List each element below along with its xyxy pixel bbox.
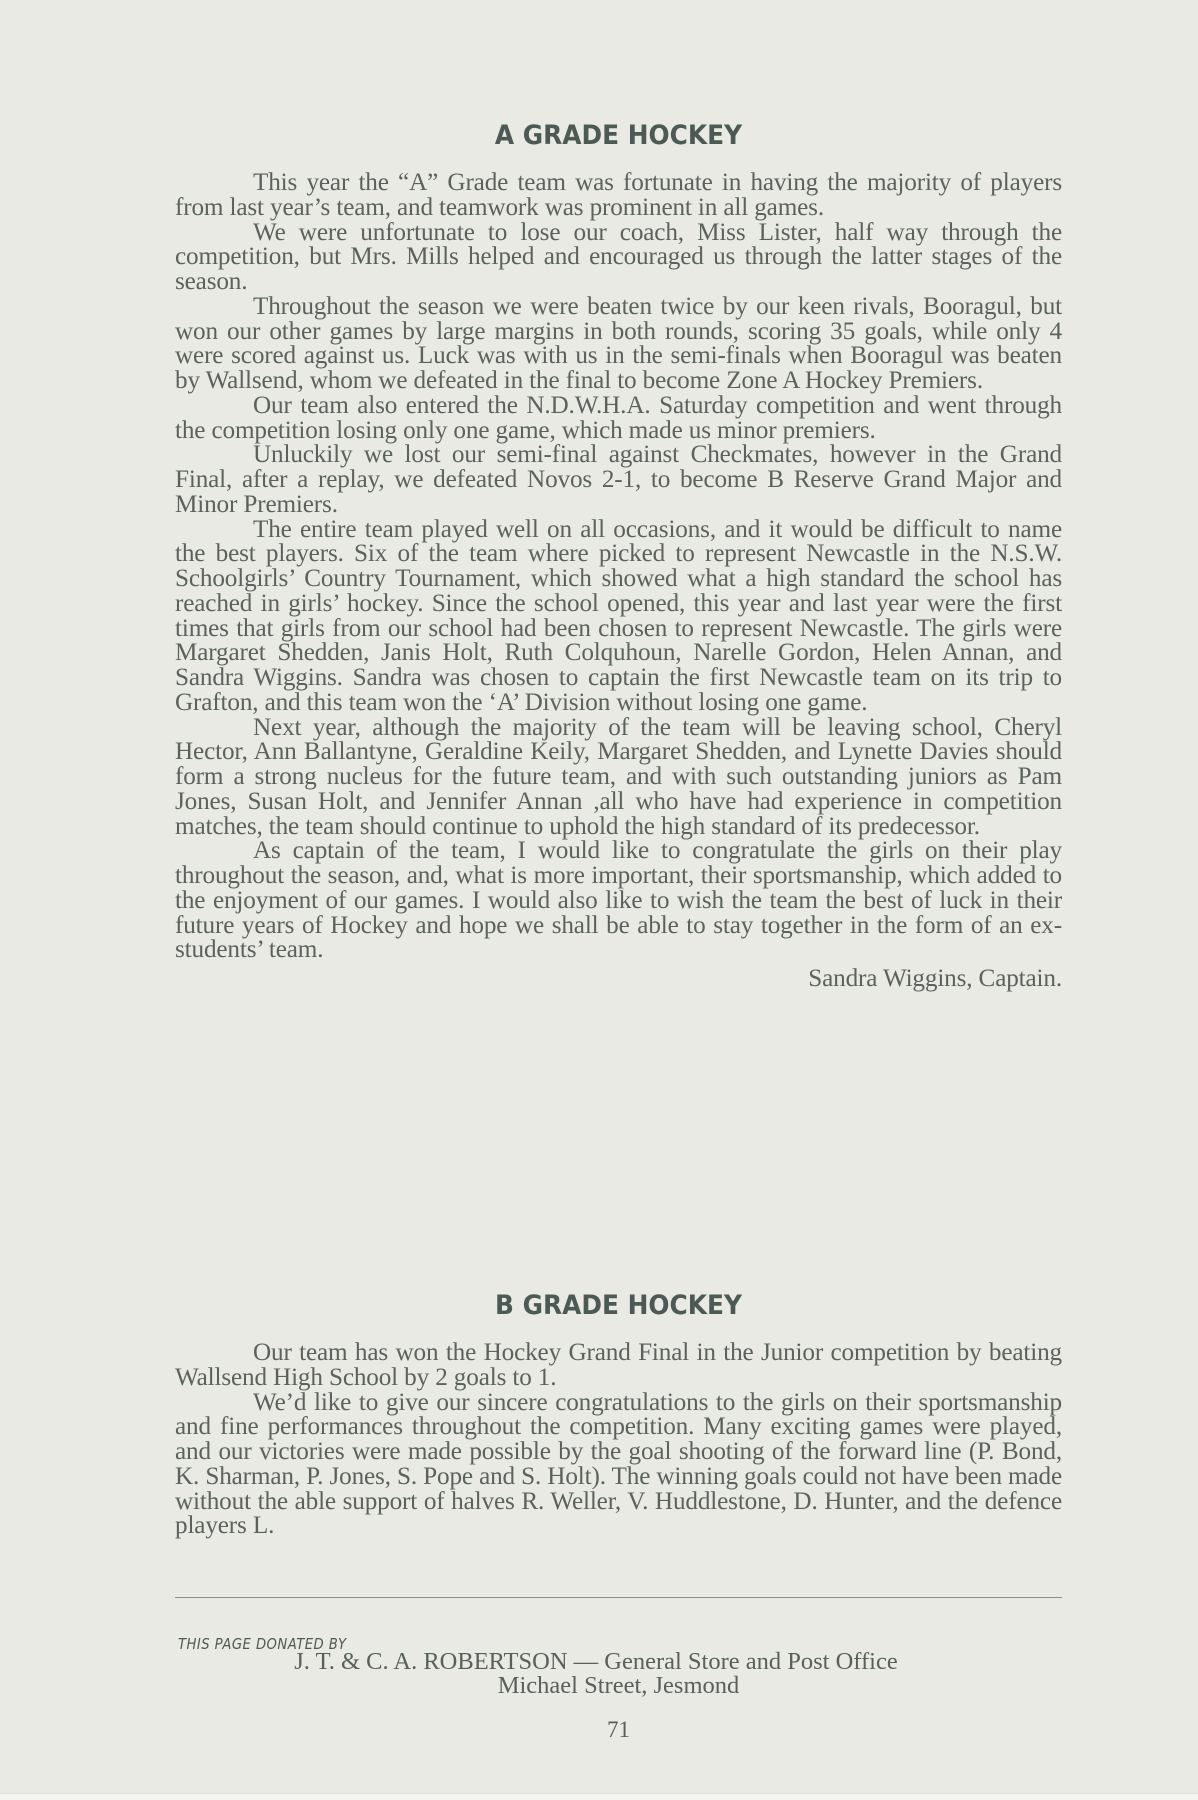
donor-name: J. T. & C. A. ROBERTSON — General Store … [175, 1650, 1062, 1674]
paragraph: As captain of the team, I would like to … [175, 839, 1062, 963]
donor-address: Michael Street, Jesmond [175, 1674, 1062, 1698]
page-edge [0, 1793, 1198, 1800]
footer-divider [175, 1597, 1062, 1598]
paragraph: The entire team played well on all occas… [175, 518, 1062, 716]
page-number: 71 [175, 1717, 1062, 1743]
signature: Sandra Wiggins, Captain. [175, 967, 1062, 992]
section-heading-b-grade: B GRADE HOCKEY [210, 1290, 1026, 1321]
paragraph: Next year, although the majority of the … [175, 716, 1062, 840]
paragraph: We were unfortunate to lose our coach, M… [175, 221, 1062, 295]
paragraph: This year the “A” Grade team was fortuna… [175, 171, 1062, 221]
section-heading-a-grade: A GRADE HOCKEY [210, 120, 1026, 151]
section-body-a-grade: This year the “A” Grade team was fortuna… [175, 171, 1062, 992]
section-body-b-grade: Our team has won the Hockey Grand Final … [175, 1341, 1062, 1539]
paragraph: Throughout the season we were beaten twi… [175, 295, 1062, 394]
paragraph: We’d like to give our sincere congratula… [175, 1391, 1062, 1540]
paragraph: Unluckily we lost our semi-final against… [175, 443, 1062, 517]
donor-block: J. T. & C. A. ROBERTSON — General Store … [175, 1650, 1062, 1698]
paragraph: Our team has won the Hockey Grand Final … [175, 1341, 1062, 1391]
paragraph: Our team also entered the N.D.W.H.A. Sat… [175, 394, 1062, 444]
